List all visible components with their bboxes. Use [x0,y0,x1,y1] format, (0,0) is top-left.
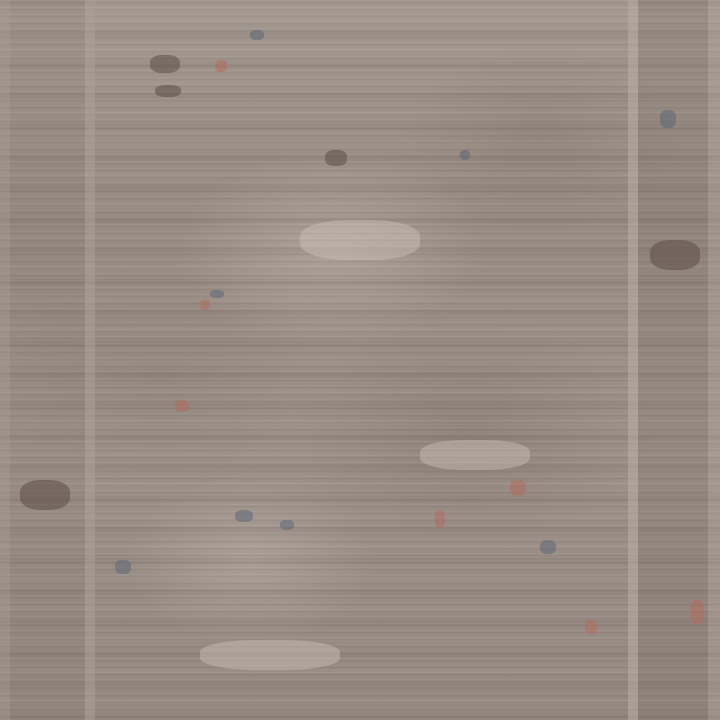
faded-patch [300,220,420,260]
floral-motif [585,620,597,634]
floral-motif [325,150,347,166]
border-motif [690,600,704,624]
floral-motif [150,55,180,73]
floral-motif [215,60,227,72]
rug-right-border [628,0,720,720]
floral-motif [175,400,189,412]
floral-motif [115,560,131,574]
floral-motif [155,85,181,97]
border-motif [20,480,70,510]
faded-patch [200,640,340,670]
floral-motif [510,480,526,496]
floral-motif [235,510,253,522]
floral-motif [210,290,224,298]
floral-motif [435,510,445,528]
floral-motif [460,150,470,160]
rug-left-border [0,0,95,720]
rug-top-border [95,0,628,40]
floral-motif [200,300,210,310]
faded-patch [420,440,530,470]
border-motif [660,110,676,128]
rug-photo [0,0,720,720]
floral-motif [540,540,556,554]
floral-motif [280,520,294,530]
border-motif [650,240,700,270]
floral-motif [250,30,264,40]
weave-texture [0,0,720,720]
